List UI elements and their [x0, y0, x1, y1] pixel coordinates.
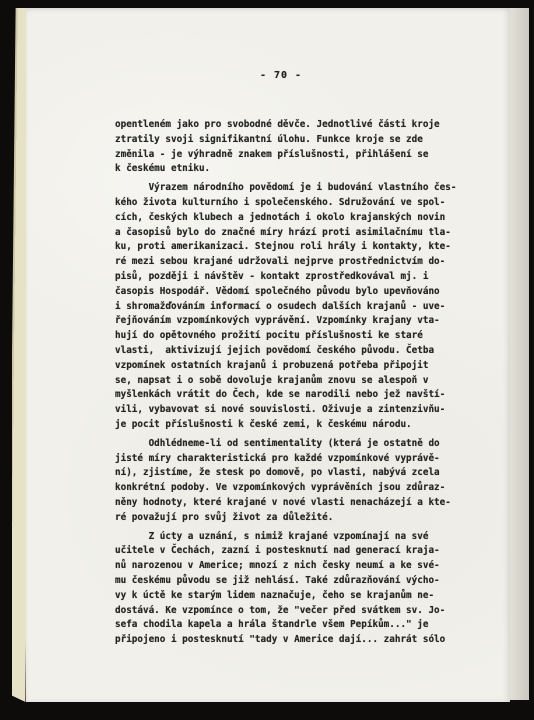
text-line: ztratily svoji signifikantní úlohu. Funk… — [115, 133, 459, 148]
text-line: a časopisů bylo do značné míry hrází pro… — [115, 226, 459, 241]
text-line: cích, českých klubech a jednotách i okol… — [115, 211, 459, 226]
text-line: Výrazem národního povědomí je i budování… — [115, 181, 459, 196]
page-right-edge — [510, 8, 529, 700]
text-line: změnila - je výhradně znakem příslušnost… — [115, 148, 459, 163]
scan-border-right — [529, 0, 534, 720]
paragraph: Z úcty a uznání, s nimiž krajané vzpomín… — [115, 530, 459, 648]
paragraph: Odhlédneme-li od sentimentality (která j… — [115, 437, 459, 526]
text-line: něny hodnoty, které krajané v nové vlast… — [115, 496, 459, 511]
text-line: se, napsat i o sobě dovoluje krajanům zn… — [115, 374, 459, 389]
text-line: Odhlédneme-li od sentimentality (která j… — [115, 437, 459, 452]
scan-border-top — [0, 0, 534, 8]
text-line: časopis Hospodář. Vědomí společného půvo… — [115, 285, 459, 300]
text-line: učitele v Čechách, zazní i postesknutí n… — [115, 544, 459, 559]
text-line: i shromažďováním informací o osudech dal… — [115, 300, 459, 315]
text-line: řejňováním vzpomínkových vyprávění. Vzpo… — [115, 314, 459, 329]
text-line: připojeno i postesknutí "tady v Americe … — [115, 633, 459, 648]
page: - 70 - opentleném jako pro svobodné děvč… — [26, 8, 510, 702]
text-line: vy k úctě ke starým lidem naznačuje, čeh… — [115, 589, 459, 604]
page-number: - 70 - — [115, 70, 447, 81]
scanned-book-page: - 70 - opentleném jako pro svobodné děvč… — [0, 0, 534, 720]
text-line: ní), zjistíme, že stesk po domově, po vl… — [115, 466, 459, 481]
text-line: sefa chodila kapela a hrála štandrle vše… — [115, 618, 459, 633]
text-line: vzpomínek ostatních krajanů i probuzená … — [115, 359, 459, 374]
text-line: ku, proti amerikanizaci. Stejnou roli hr… — [115, 240, 459, 255]
body-text: opentleném jako pro svobodné děvče. Jedn… — [115, 118, 459, 652]
text-line: ré považují pro svůj život za důležité. — [115, 511, 459, 526]
text-line: pisů, později i návštěv - kontakt zprost… — [115, 270, 459, 285]
text-line: vlasti, aktivizují jejich povědomí české… — [115, 344, 459, 359]
scan-border-left — [0, 0, 12, 720]
text-line: je pocit příslušnosti k české zemi, k če… — [115, 418, 459, 433]
text-line: kého života kulturního i společenského. … — [115, 196, 459, 211]
text-line: Z úcty a uznání, s nimiž krajané vzpomín… — [115, 530, 459, 545]
text-line: mu českému původu se již nehlásí. Také z… — [115, 574, 459, 589]
text-line: k českému etniku. — [115, 162, 459, 177]
text-line: nů narozenou v Americe; mnozí z nich čes… — [115, 559, 459, 574]
text-line: konkrétní podoby. Ve vzpomínkových vyprá… — [115, 481, 459, 496]
text-line: myšlenkách vrátit do Čech, kde se narodi… — [115, 388, 459, 403]
paragraph: opentleném jako pro svobodné děvče. Jedn… — [115, 118, 459, 177]
scan-border-bottom — [0, 702, 534, 720]
text-line: ré mezi sebou krajané udržovali nejprve … — [115, 255, 459, 270]
text-line: opentleném jako pro svobodné děvče. Jedn… — [115, 118, 459, 133]
text-line: hují do opětovného prožití pocitu příslu… — [115, 329, 459, 344]
text-line: dostává. Ke vzpomínce o tom, že "večer p… — [115, 604, 459, 619]
scan-border-corner — [0, 690, 34, 706]
text-line: vili, vybavovat si nové souvislosti. Oži… — [115, 403, 459, 418]
text-line: jisté míry charakteristická pro každé vz… — [115, 452, 459, 467]
paragraph: Výrazem národního povědomí je i budování… — [115, 181, 459, 433]
